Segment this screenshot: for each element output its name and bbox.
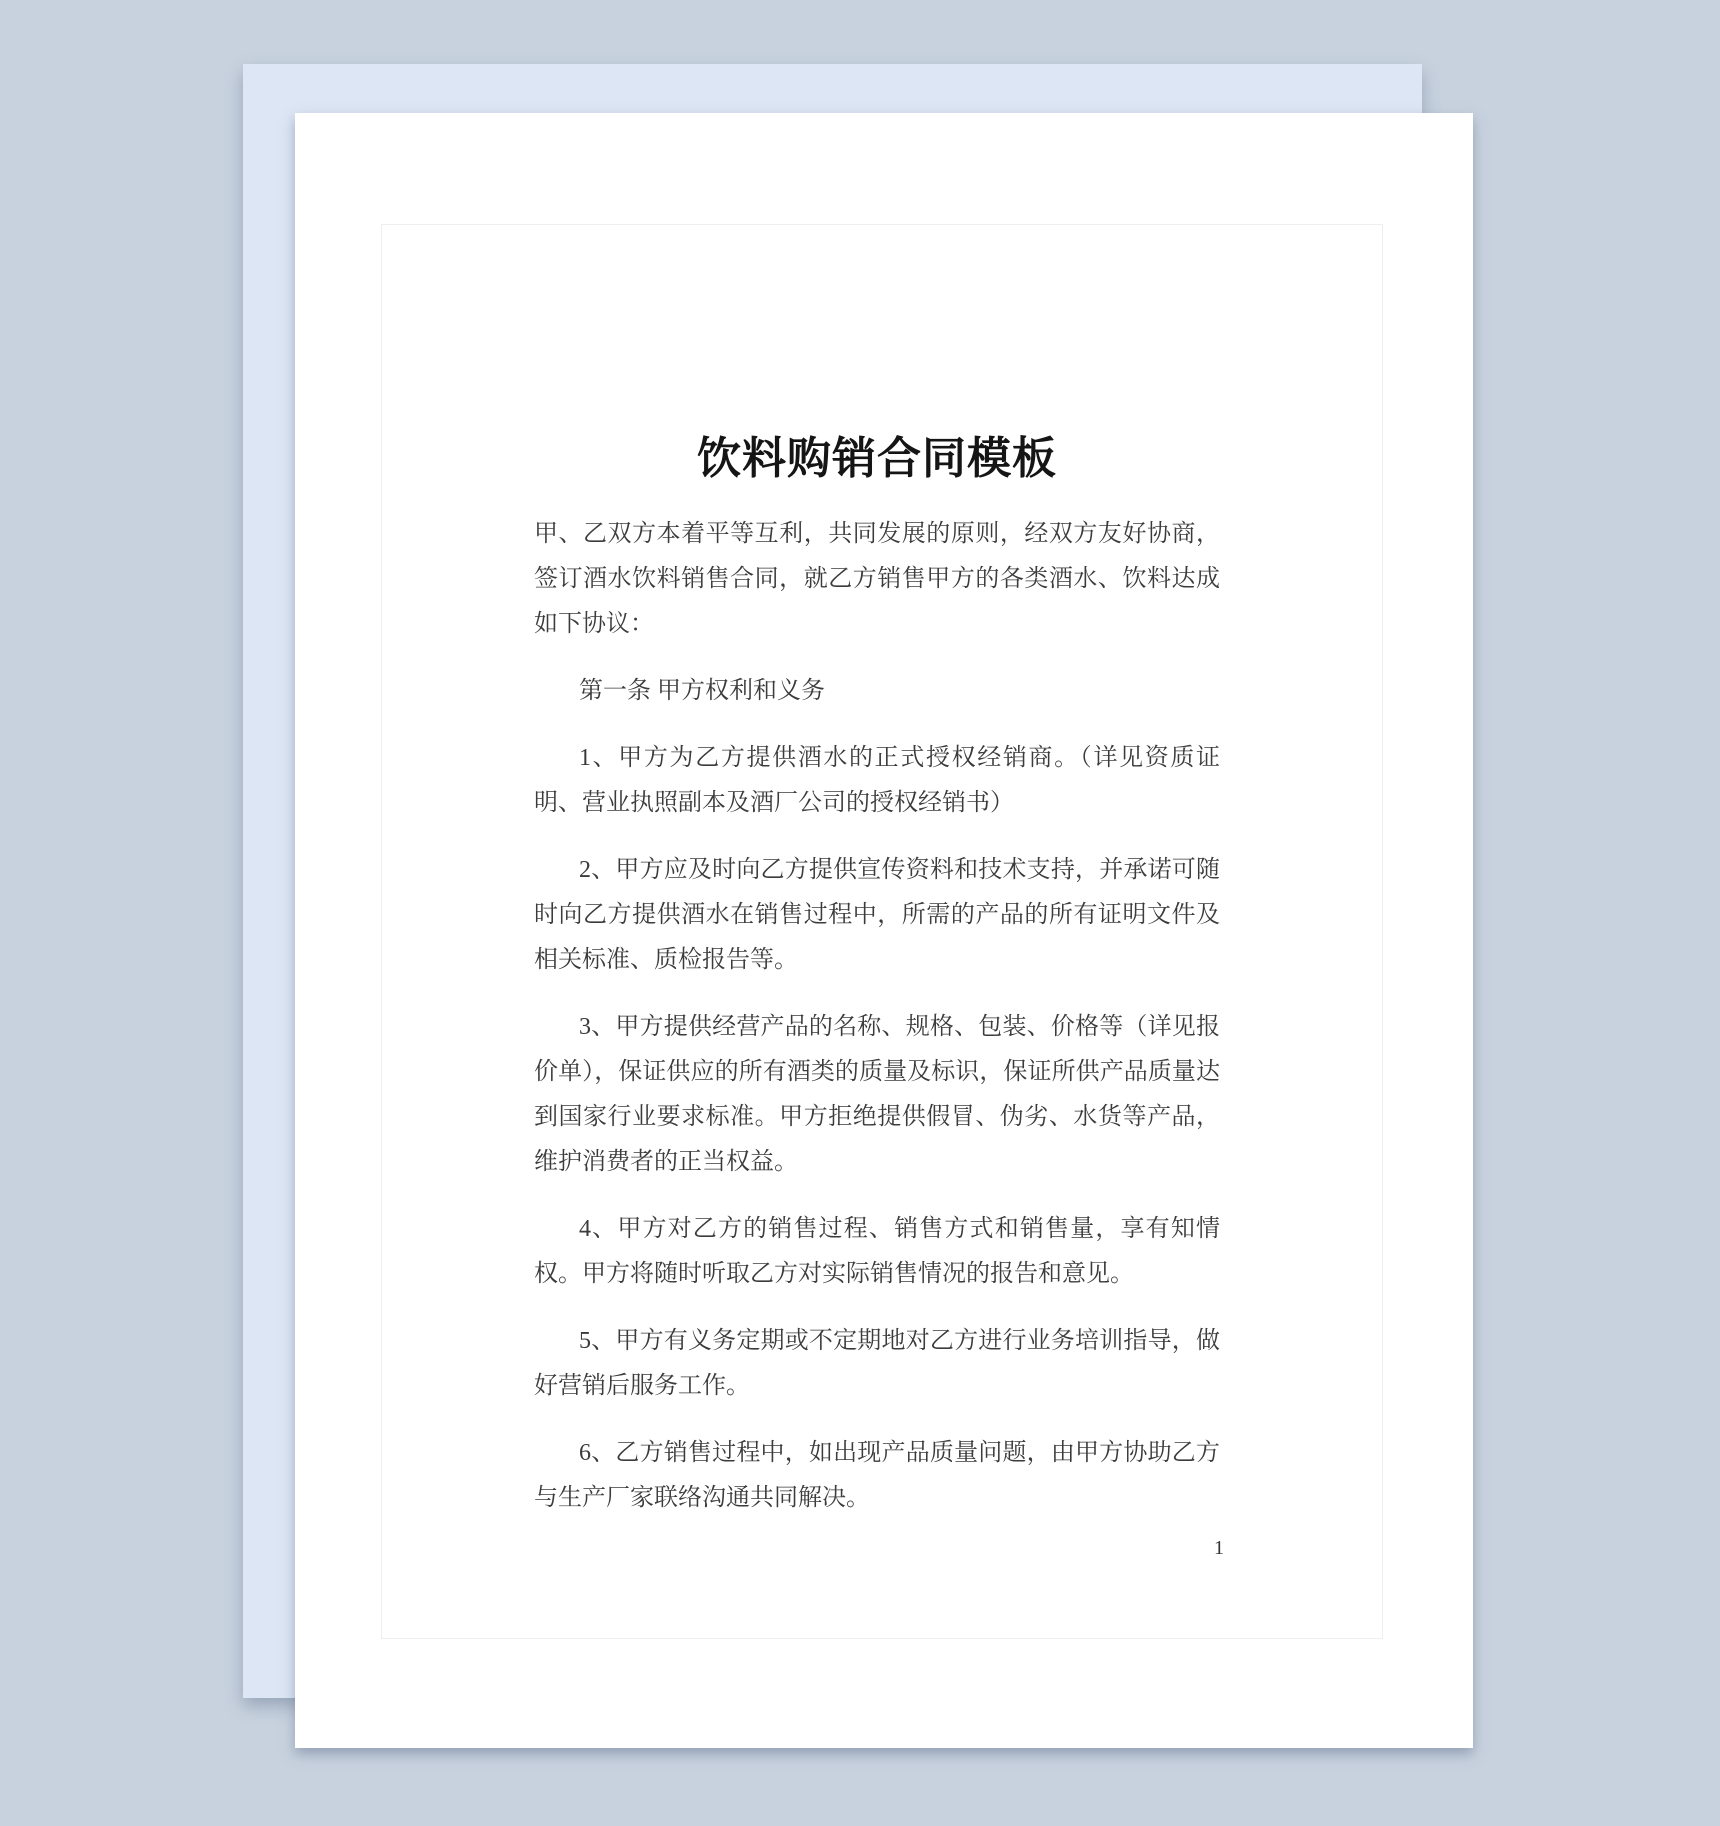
clause-1-paragraph: 1、甲方为乙方提供酒水的正式授权经销商。（详见资质证明、营业执照副本及酒厂公司的… [534,736,1220,826]
clause-3-paragraph: 3、甲方提供经营产品的名称、规格、包装、价格等（详见报价单），保证供应的所有酒类… [534,1005,1220,1185]
clause-2-paragraph: 2、甲方应及时向乙方提供宣传资料和技术支持，并承诺可随时向乙方提供酒水在销售过程… [534,848,1220,983]
page-number: 1 [1214,1538,1224,1558]
intro-paragraph: 甲、乙双方本着平等互利，共同发展的原则，经双方友好协商，签订酒水饮料销售合同，就… [534,512,1220,647]
desk-background: 饮料购销合同模板 甲、乙双方本着平等互利，共同发展的原则，经双方友好协商，签订酒… [0,0,1720,1826]
clause-5-paragraph: 5、甲方有义务定期或不定期地对乙方进行业务培训指导，做好营销后服务工作。 [534,1319,1220,1409]
clause-4-paragraph: 4、甲方对乙方的销售过程、销售方式和销售量，享有知情权。甲方将随时听取乙方对实际… [534,1207,1220,1297]
page-border-frame: 饮料购销合同模板 甲、乙双方本着平等互利，共同发展的原则，经双方友好协商，签订酒… [381,224,1383,1639]
section-heading-article-1: 第一条 甲方权利和义务 [534,669,1220,714]
text-column: 饮料购销合同模板 甲、乙双方本着平等互利，共同发展的原则，经双方友好协商，签订酒… [534,225,1220,1543]
clause-6-paragraph: 6、乙方销售过程中，如出现产品质量问题，由甲方协助乙方与生产厂家联络沟通共同解决… [534,1431,1220,1521]
document-page: 饮料购销合同模板 甲、乙双方本着平等互利，共同发展的原则，经双方友好协商，签订酒… [295,113,1473,1748]
document-title: 饮料购销合同模板 [534,433,1220,485]
